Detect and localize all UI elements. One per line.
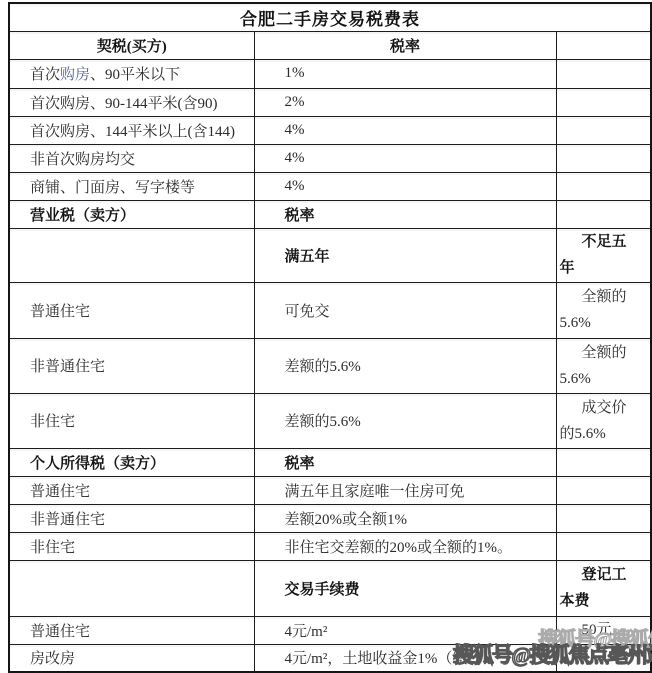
value-cell: 4% <box>254 116 556 144</box>
value-cell: 全额的 5.6% <box>556 338 651 393</box>
label-cell: 非首次购房均交 <box>9 144 254 172</box>
value-cell: 4元/m²，土地收益金1%（缴 <box>254 644 556 672</box>
table-row: 契税(买方)税率 <box>9 31 651 59</box>
label-cell <box>9 228 254 282</box>
label-cell: 普通住宅 <box>9 616 254 644</box>
label-cell: 房改房 <box>9 644 254 672</box>
table-row: 首次购房、90平米以下1% <box>9 59 651 88</box>
label-cell: 非住宅 <box>9 532 254 560</box>
value-cell: 税率 <box>254 31 556 59</box>
label-cell: 非普通住宅 <box>9 504 254 532</box>
value-cell: 4% <box>254 172 556 200</box>
value-cell: 差额20%或全额1% <box>254 504 556 532</box>
label-cell: 首次购房、144平米以上(含144) <box>9 116 254 144</box>
linked-text: 购房 <box>60 67 90 83</box>
value-cell: 满五年 <box>254 228 556 282</box>
value-cell: 全额的 5.6% <box>556 282 651 338</box>
table-row: 普通住宅可免交全额的 5.6% <box>9 282 651 338</box>
value-cell <box>556 532 651 560</box>
label-cell: 普通住宅 <box>9 282 254 338</box>
value-cell: 50元 <box>556 616 651 644</box>
value-cell: 登记工 本费 <box>556 560 651 616</box>
table-row: 非住宅差额的5.6%成交价 的5.6% <box>9 393 651 448</box>
table-row: 房改房4元/m²，土地收益金1%（缴 <box>9 644 651 672</box>
label-cell: 契税(买方) <box>9 31 254 59</box>
table-row: 非首次购房均交4% <box>9 144 651 172</box>
label-cell: 首次购房、90-144平米(含90) <box>9 88 254 116</box>
label-cell: 非住宅 <box>9 393 254 448</box>
value-cell: 交易手续费 <box>254 560 556 616</box>
value-cell: 差额的5.6% <box>254 338 556 393</box>
label-cell: 商铺、门面房、写字楼等 <box>9 172 254 200</box>
table-row: 非普通住宅差额20%或全额1% <box>9 504 651 532</box>
table-row: 普通住宅4元/m²50元 <box>9 616 651 644</box>
table-row: 交易手续费登记工 本费 <box>9 560 651 616</box>
table-row: 普通住宅满五年且家庭唯一住房可免 <box>9 476 651 504</box>
value-cell: 2% <box>254 88 556 116</box>
value-cell: 可免交 <box>254 282 556 338</box>
value-cell: 4元/m² <box>254 616 556 644</box>
value-cell <box>556 88 651 116</box>
table-row: 首次购房、144平米以上(含144)4% <box>9 116 651 144</box>
label-cell <box>9 560 254 616</box>
tax-table-body: 合肥二手房交易税费表契税(买方)税率首次购房、90平米以下1%首次购房、90-1… <box>9 3 651 672</box>
value-cell: 差额的5.6% <box>254 393 556 448</box>
tax-table: 合肥二手房交易税费表契税(买方)税率首次购房、90平米以下1%首次购房、90-1… <box>8 2 652 673</box>
value-cell <box>556 59 651 88</box>
value-cell <box>556 200 651 228</box>
value-cell: 1% <box>254 59 556 88</box>
value-cell: 满五年且家庭唯一住房可免 <box>254 476 556 504</box>
label-cell: 营业税（卖方） <box>9 200 254 228</box>
value-cell: 税率 <box>254 200 556 228</box>
label-cell: 普通住宅 <box>9 476 254 504</box>
value-cell <box>556 504 651 532</box>
value-cell: 成交价 的5.6% <box>556 393 651 448</box>
value-cell: 不足五 年 <box>556 228 651 282</box>
value-cell <box>556 116 651 144</box>
value-cell <box>556 644 651 672</box>
table-row: 商铺、门面房、写字楼等4% <box>9 172 651 200</box>
table-row: 合肥二手房交易税费表 <box>9 3 651 31</box>
value-cell <box>556 476 651 504</box>
value-cell <box>556 144 651 172</box>
table-row: 非住宅非住宅交差额的20%或全额的1%。 <box>9 532 651 560</box>
table-row: 个人所得税（卖方）税率 <box>9 448 651 476</box>
table-row: 首次购房、90-144平米(含90)2% <box>9 88 651 116</box>
label-cell: 非普通住宅 <box>9 338 254 393</box>
value-cell <box>556 448 651 476</box>
table-row: 营业税（卖方）税率 <box>9 200 651 228</box>
value-cell <box>556 31 651 59</box>
value-cell: 4% <box>254 144 556 172</box>
table-row: 非普通住宅差额的5.6%全额的 5.6% <box>9 338 651 393</box>
label-cell: 首次购房、90平米以下 <box>9 59 254 88</box>
value-cell: 税率 <box>254 448 556 476</box>
document-page: { "colors": { "border": "#1d1d1d", "text… <box>0 0 652 673</box>
label-cell: 个人所得税（卖方） <box>9 448 254 476</box>
table-title: 合肥二手房交易税费表 <box>9 3 651 31</box>
value-cell <box>556 172 651 200</box>
value-cell: 非住宅交差额的20%或全额的1%。 <box>254 532 556 560</box>
table-row: 满五年不足五 年 <box>9 228 651 282</box>
